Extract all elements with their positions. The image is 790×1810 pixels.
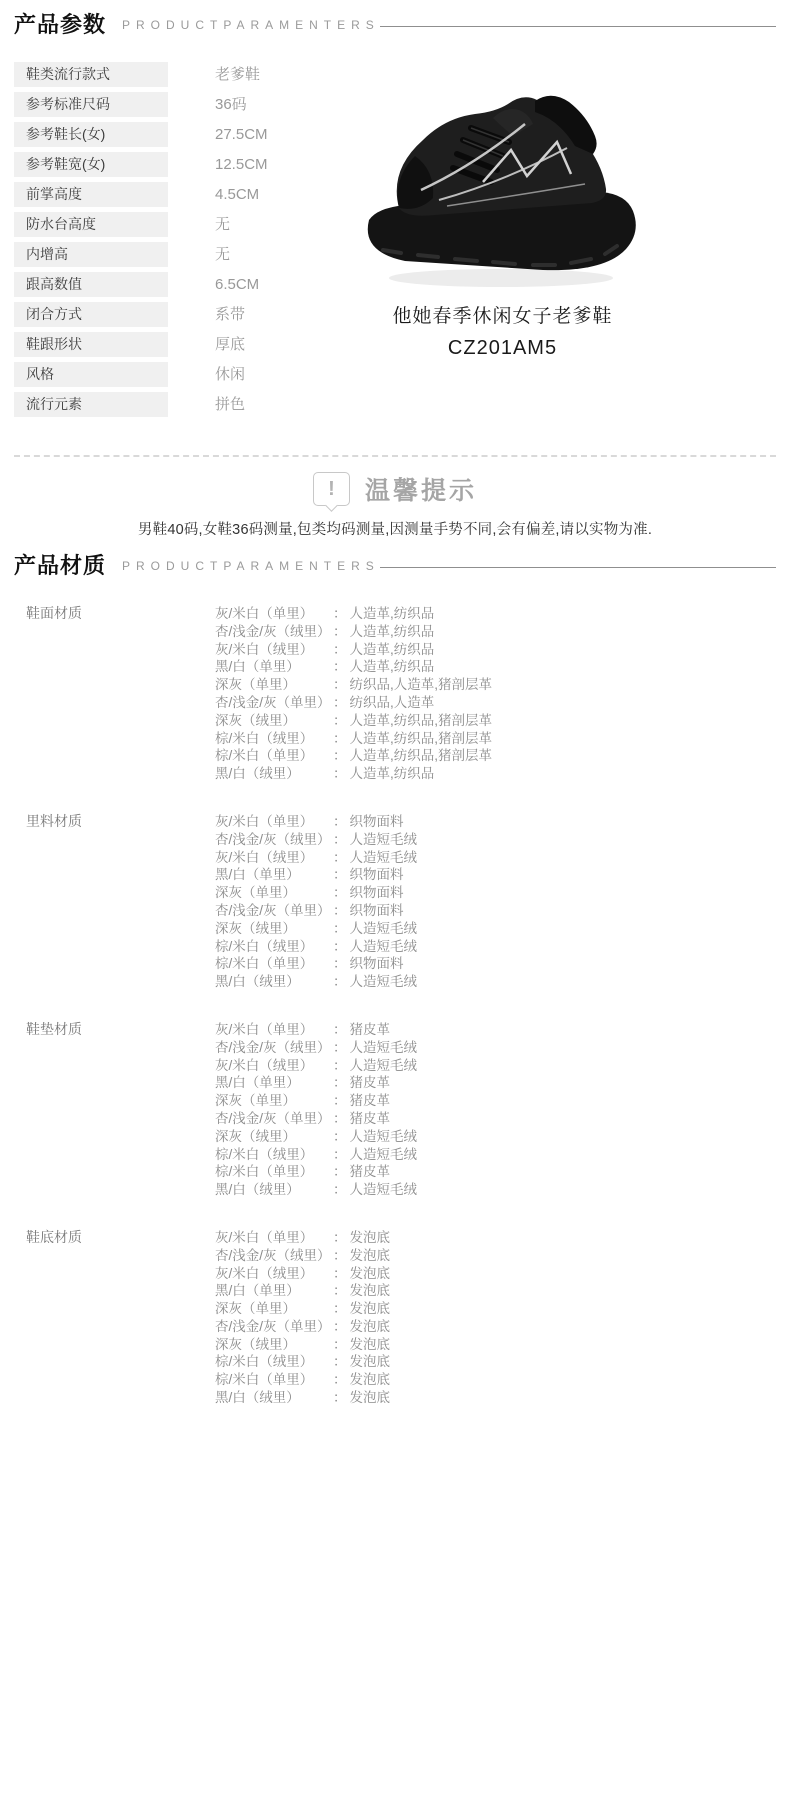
material-value: 人造短毛绒 <box>350 1181 418 1199</box>
parameter-label: 流行元素 <box>14 392 168 417</box>
material-separator: ： <box>333 641 347 659</box>
material-colorway: 杏/浅金/灰（单里） <box>215 1318 333 1336</box>
material-value: 人造革,纺织品,猪剖层革 <box>350 747 493 765</box>
material-value: 猪皮革 <box>350 1074 391 1092</box>
material-colorway: 黑/白（单里） <box>215 1074 333 1092</box>
parameter-label: 鞋类流行款式 <box>14 62 168 87</box>
material-group-insole: 鞋垫材质 灰/米白（单里） ： 猪皮革 杏/浅金/灰（绒里） ： 人造短毛 <box>14 1021 776 1199</box>
material-colorway: 棕/米白（绒里） <box>215 938 333 956</box>
material-separator: ： <box>333 605 347 623</box>
parameter-value: 老爹鞋 <box>215 62 260 87</box>
material-colorway: 黑/白（绒里） <box>215 765 333 783</box>
material-row: 黑/白（单里） ： 猪皮革 <box>215 1074 776 1092</box>
material-row: 灰/米白（绒里） ： 发泡底 <box>215 1265 776 1283</box>
material-row: 黑/白（绒里） ： 人造短毛绒 <box>215 973 776 991</box>
material-value: 猪皮革 <box>350 1021 391 1039</box>
material-separator: ： <box>333 1247 347 1265</box>
header-rule-line <box>380 26 776 27</box>
material-rows: 灰/米白（单里） ： 发泡底 杏/浅金/灰（绒里） ： 发泡底 灰/米白（绒里） <box>215 1229 776 1407</box>
material-colorway: 深灰（绒里） <box>215 1336 333 1354</box>
material-separator: ： <box>333 1318 347 1336</box>
material-row: 棕/米白（单里） ： 猪皮革 <box>215 1163 776 1181</box>
material-separator: ： <box>333 694 347 712</box>
material-row: 黑/白（绒里） ： 人造短毛绒 <box>215 1181 776 1199</box>
material-separator: ： <box>333 866 347 884</box>
material-colorway: 灰/米白（绒里） <box>215 641 333 659</box>
material-separator: ： <box>333 747 347 765</box>
material-colorway: 杏/浅金/灰（单里） <box>215 694 333 712</box>
material-value: 纺织品,人造革,猪剖层革 <box>350 676 493 694</box>
materials-groups: 鞋面材质 灰/米白（单里） ： 人造革,纺织品 杏/浅金/灰（绒里） ： <box>0 605 790 1407</box>
material-value: 织物面料 <box>350 884 404 902</box>
parameter-value: 无 <box>215 242 230 267</box>
material-colorway: 黑/白（单里） <box>215 658 333 676</box>
material-row: 深灰（单里） ： 猪皮革 <box>215 1092 776 1110</box>
material-separator: ： <box>333 1110 347 1128</box>
material-value: 发泡底 <box>350 1318 391 1336</box>
material-colorway: 深灰（单里） <box>215 1300 333 1318</box>
material-row: 深灰（绒里） ： 发泡底 <box>215 1336 776 1354</box>
material-separator: ： <box>333 938 347 956</box>
material-row: 深灰（单里） ： 发泡底 <box>215 1300 776 1318</box>
material-separator: ： <box>333 1229 347 1247</box>
material-colorway: 黑/白（绒里） <box>215 1181 333 1199</box>
material-colorway: 棕/米白（绒里） <box>215 1353 333 1371</box>
parameter-label: 参考鞋长(女) <box>14 122 168 147</box>
material-value: 人造革,纺织品 <box>350 605 435 623</box>
material-separator: ： <box>333 1336 347 1354</box>
material-value: 发泡底 <box>350 1229 391 1247</box>
parameter-row: 流行元素 拼色 <box>14 392 776 417</box>
material-row: 黑/白（单里） ： 人造革,纺织品 <box>215 658 776 676</box>
material-row: 灰/米白（单里） ： 发泡底 <box>215 1229 776 1247</box>
material-row: 棕/米白（绒里） ： 人造短毛绒 <box>215 938 776 956</box>
material-value: 织物面料 <box>350 866 404 884</box>
material-colorway: 棕/米白（单里） <box>215 955 333 973</box>
material-separator: ： <box>333 765 347 783</box>
material-group-label: 鞋底材质 <box>14 1229 215 1407</box>
material-group-label: 鞋面材质 <box>14 605 215 783</box>
material-row: 灰/米白（绒里） ： 人造短毛绒 <box>215 1057 776 1075</box>
material-separator: ： <box>333 1181 347 1199</box>
material-value: 发泡底 <box>350 1371 391 1389</box>
material-colorway: 黑/白（绒里） <box>215 973 333 991</box>
material-row: 杏/浅金/灰（绒里） ： 人造革,纺织品 <box>215 623 776 641</box>
material-colorway: 灰/米白（单里） <box>215 1021 333 1039</box>
parameters-section-title: 产品参数 <box>14 10 106 40</box>
parameter-label: 前掌高度 <box>14 182 168 207</box>
material-separator: ： <box>333 955 347 973</box>
material-separator: ： <box>333 1371 347 1389</box>
material-value: 猪皮革 <box>350 1110 391 1128</box>
material-row: 棕/米白（绒里） ： 人造革,纺织品,猪剖层革 <box>215 730 776 748</box>
material-value: 猪皮革 <box>350 1163 391 1181</box>
material-value: 人造短毛绒 <box>350 1039 418 1057</box>
product-visual: 他她春季休闲女子老爹鞋 CZ201AM5 <box>330 62 675 360</box>
material-separator: ： <box>333 1282 347 1300</box>
product-model-code: CZ201AM5 <box>330 337 675 360</box>
material-colorway: 深灰（绒里） <box>215 920 333 938</box>
material-colorway: 杏/浅金/灰（绒里） <box>215 623 333 641</box>
exclamation-bubble-icon: ! <box>313 472 350 506</box>
material-separator: ： <box>333 1163 347 1181</box>
parameters-section-subtitle: PRODUCTPARAMENTERS <box>122 18 380 32</box>
material-row: 杏/浅金/灰（绒里） ： 发泡底 <box>215 1247 776 1265</box>
parameter-label: 防水台高度 <box>14 212 168 237</box>
material-separator: ： <box>333 813 347 831</box>
material-group-label: 里料材质 <box>14 813 215 991</box>
material-colorway: 黑/白（绒里） <box>215 1389 333 1407</box>
material-separator: ： <box>333 1057 347 1075</box>
material-separator: ： <box>333 623 347 641</box>
material-row: 黑/白（单里） ： 发泡底 <box>215 1282 776 1300</box>
parameter-value: 4.5CM <box>215 182 259 207</box>
material-value: 人造革,纺织品 <box>350 658 435 676</box>
product-shoe-image <box>343 62 663 297</box>
material-row: 黑/白（绒里） ： 人造革,纺织品 <box>215 765 776 783</box>
material-value: 发泡底 <box>350 1247 391 1265</box>
material-colorway: 棕/米白（绒里） <box>215 1146 333 1164</box>
material-value: 人造短毛绒 <box>350 849 418 867</box>
material-value: 猪皮革 <box>350 1092 391 1110</box>
material-colorway: 灰/米白（绒里） <box>215 1265 333 1283</box>
material-colorway: 灰/米白（单里） <box>215 1229 333 1247</box>
material-row: 杏/浅金/灰（绒里） ： 人造短毛绒 <box>215 831 776 849</box>
material-separator: ： <box>333 831 347 849</box>
material-value: 人造革,纺织品 <box>350 623 435 641</box>
product-detail-page: 产品参数 PRODUCTPARAMENTERS 鞋类流行款式 老爹鞋 参考标准尺… <box>0 0 790 1810</box>
material-separator: ： <box>333 1300 347 1318</box>
material-value: 人造短毛绒 <box>350 1146 418 1164</box>
materials-section-subtitle: PRODUCTPARAMENTERS <box>122 559 380 573</box>
material-row: 灰/米白（绒里） ： 人造革,纺织品 <box>215 641 776 659</box>
material-separator: ： <box>333 1074 347 1092</box>
material-colorway: 杏/浅金/灰（绒里） <box>215 831 333 849</box>
material-separator: ： <box>333 1092 347 1110</box>
material-rows: 灰/米白（单里） ： 人造革,纺织品 杏/浅金/灰（绒里） ： 人造革,纺织品 … <box>215 605 776 783</box>
parameters-body: 鞋类流行款式 老爹鞋 参考标准尺码 36码 参考鞋长(女) 27.5CM <box>0 62 790 422</box>
material-rows: 灰/米白（单里） ： 织物面料 杏/浅金/灰（绒里） ： 人造短毛绒 灰/米白（… <box>215 813 776 991</box>
material-row: 深灰（绒里） ： 人造短毛绒 <box>215 1128 776 1146</box>
material-separator: ： <box>333 1039 347 1057</box>
material-group-upper: 鞋面材质 灰/米白（单里） ： 人造革,纺织品 杏/浅金/灰（绒里） ： <box>14 605 776 783</box>
parameter-value: 拼色 <box>215 392 245 417</box>
parameter-value: 休闲 <box>215 362 245 387</box>
material-value: 织物面料 <box>350 902 404 920</box>
material-colorway: 灰/米白（绒里） <box>215 1057 333 1075</box>
parameter-row: 风格 休闲 <box>14 362 776 387</box>
material-row: 棕/米白（绒里） ： 人造短毛绒 <box>215 1146 776 1164</box>
material-separator: ： <box>333 1128 347 1146</box>
material-colorway: 深灰（单里） <box>215 676 333 694</box>
material-value: 人造革,纺织品,猪剖层革 <box>350 712 493 730</box>
tips-title: 温馨提示 <box>365 471 477 507</box>
material-separator: ： <box>333 920 347 938</box>
material-separator: ： <box>333 1353 347 1371</box>
parameter-value: 27.5CM <box>215 122 268 147</box>
material-colorway: 杏/浅金/灰（绒里） <box>215 1039 333 1057</box>
material-row: 棕/米白（绒里） ： 发泡底 <box>215 1353 776 1371</box>
material-colorway: 棕/米白（单里） <box>215 1163 333 1181</box>
material-separator: ： <box>333 658 347 676</box>
material-colorway: 杏/浅金/灰（单里） <box>215 902 333 920</box>
parameter-value: 系带 <box>215 302 245 327</box>
material-group-outsole: 鞋底材质 灰/米白（单里） ： 发泡底 杏/浅金/灰（绒里） ： 发泡底 <box>14 1229 776 1407</box>
material-colorway: 棕/米白（绒里） <box>215 730 333 748</box>
material-separator: ： <box>333 902 347 920</box>
product-parameters-section: 产品参数 PRODUCTPARAMENTERS 鞋类流行款式 老爹鞋 参考标准尺… <box>0 0 790 422</box>
materials-section-title: 产品材质 <box>14 551 106 581</box>
material-colorway: 黑/白（单里） <box>215 1282 333 1300</box>
material-colorway: 深灰（绒里） <box>215 1128 333 1146</box>
material-row: 黑/白（单里） ： 织物面料 <box>215 866 776 884</box>
material-colorway: 杏/浅金/灰（绒里） <box>215 1247 333 1265</box>
material-value: 织物面料 <box>350 955 404 973</box>
material-row: 深灰（单里） ： 织物面料 <box>215 884 776 902</box>
material-group-lining: 里料材质 灰/米白（单里） ： 织物面料 杏/浅金/灰（绒里） ： 人造短 <box>14 813 776 991</box>
parameter-label: 参考鞋宽(女) <box>14 152 168 177</box>
material-separator: ： <box>333 1146 347 1164</box>
materials-section-header: 产品材质 PRODUCTPARAMENTERS <box>0 551 790 581</box>
material-separator: ： <box>333 849 347 867</box>
material-value: 发泡底 <box>350 1265 391 1283</box>
parameter-value: 36码 <box>215 92 247 117</box>
material-separator: ： <box>333 730 347 748</box>
material-row: 灰/米白（单里） ： 织物面料 <box>215 813 776 831</box>
material-rows: 灰/米白（单里） ： 猪皮革 杏/浅金/灰（绒里） ： 人造短毛绒 灰/米白（绒… <box>215 1021 776 1199</box>
parameter-value: 12.5CM <box>215 152 268 177</box>
material-value: 织物面料 <box>350 813 404 831</box>
material-value: 人造短毛绒 <box>350 973 418 991</box>
material-row: 深灰（绒里） ： 人造短毛绒 <box>215 920 776 938</box>
material-value: 人造短毛绒 <box>350 1128 418 1146</box>
material-colorway: 棕/米白（单里） <box>215 747 333 765</box>
product-materials-section: 产品材质 PRODUCTPARAMENTERS 鞋面材质 灰/米白（单里） ： … <box>0 551 790 1407</box>
material-row: 灰/米白（单里） ： 猪皮革 <box>215 1021 776 1039</box>
material-value: 发泡底 <box>350 1353 391 1371</box>
parameter-value: 厚底 <box>215 332 245 357</box>
material-colorway: 深灰（单里） <box>215 1092 333 1110</box>
material-row: 杏/浅金/灰（单里） ： 织物面料 <box>215 902 776 920</box>
material-value: 人造短毛绒 <box>350 1057 418 1075</box>
material-row: 灰/米白（绒里） ： 人造短毛绒 <box>215 849 776 867</box>
material-value: 发泡底 <box>350 1282 391 1300</box>
material-row: 深灰（单里） ： 纺织品,人造革,猪剖层革 <box>215 676 776 694</box>
material-separator: ： <box>333 1265 347 1283</box>
material-colorway: 深灰（绒里） <box>215 712 333 730</box>
product-name: 他她春季休闲女子老爹鞋 <box>330 301 675 328</box>
material-row: 棕/米白（单里） ： 织物面料 <box>215 955 776 973</box>
material-colorway: 杏/浅金/灰（单里） <box>215 1110 333 1128</box>
material-separator: ： <box>333 676 347 694</box>
material-value: 人造革,纺织品,猪剖层革 <box>350 730 493 748</box>
exclamation-glyph: ! <box>314 473 349 505</box>
material-value: 发泡底 <box>350 1389 391 1407</box>
material-row: 杏/浅金/灰（单里） ： 猪皮革 <box>215 1110 776 1128</box>
material-value: 发泡底 <box>350 1300 391 1318</box>
material-row: 棕/米白（单里） ： 人造革,纺织品,猪剖层革 <box>215 747 776 765</box>
parameter-label: 跟高数值 <box>14 272 168 297</box>
parameter-label: 参考标准尺码 <box>14 92 168 117</box>
material-value: 人造短毛绒 <box>350 920 418 938</box>
material-colorway: 灰/米白（单里） <box>215 605 333 623</box>
material-separator: ： <box>333 973 347 991</box>
parameter-label: 风格 <box>14 362 168 387</box>
material-value: 发泡底 <box>350 1336 391 1354</box>
parameters-section-header: 产品参数 PRODUCTPARAMENTERS <box>0 10 790 40</box>
material-value: 纺织品,人造革 <box>350 694 435 712</box>
material-row: 杏/浅金/灰（绒里） ： 人造短毛绒 <box>215 1039 776 1057</box>
material-separator: ： <box>333 884 347 902</box>
parameter-value: 无 <box>215 212 230 237</box>
material-colorway: 黑/白（单里） <box>215 866 333 884</box>
material-group-label: 鞋垫材质 <box>14 1021 215 1199</box>
parameter-label: 鞋跟形状 <box>14 332 168 357</box>
material-value: 人造短毛绒 <box>350 831 418 849</box>
material-separator: ： <box>333 1021 347 1039</box>
material-row: 杏/浅金/灰（单里） ： 发泡底 <box>215 1318 776 1336</box>
material-value: 人造革,纺织品 <box>350 641 435 659</box>
material-colorway: 棕/米白（单里） <box>215 1371 333 1389</box>
material-row: 棕/米白（单里） ： 发泡底 <box>215 1371 776 1389</box>
tips-header: ! 温馨提示 <box>0 466 790 512</box>
parameter-label: 闭合方式 <box>14 302 168 327</box>
material-colorway: 灰/米白（单里） <box>215 813 333 831</box>
header-rule-line <box>380 567 776 568</box>
material-row: 杏/浅金/灰（单里） ： 纺织品,人造革 <box>215 694 776 712</box>
parameter-label: 内增高 <box>14 242 168 267</box>
material-separator: ： <box>333 712 347 730</box>
material-colorway: 深灰（单里） <box>215 884 333 902</box>
material-row: 深灰（绒里） ： 人造革,纺织品,猪剖层革 <box>215 712 776 730</box>
material-colorway: 灰/米白（绒里） <box>215 849 333 867</box>
material-value: 人造短毛绒 <box>350 938 418 956</box>
tips-text: 男鞋40码,女鞋36码测量,包类均码测量,因测量手势不同,会有偏差,请以实物为准… <box>0 518 790 539</box>
tips-section: ! 温馨提示 男鞋40码,女鞋36码测量,包类均码测量,因测量手势不同,会有偏差… <box>0 457 790 539</box>
parameter-value: 6.5CM <box>215 272 259 297</box>
material-separator: ： <box>333 1389 347 1407</box>
material-row: 黑/白（绒里） ： 发泡底 <box>215 1389 776 1407</box>
material-value: 人造革,纺织品 <box>350 765 435 783</box>
material-row: 灰/米白（单里） ： 人造革,纺织品 <box>215 605 776 623</box>
